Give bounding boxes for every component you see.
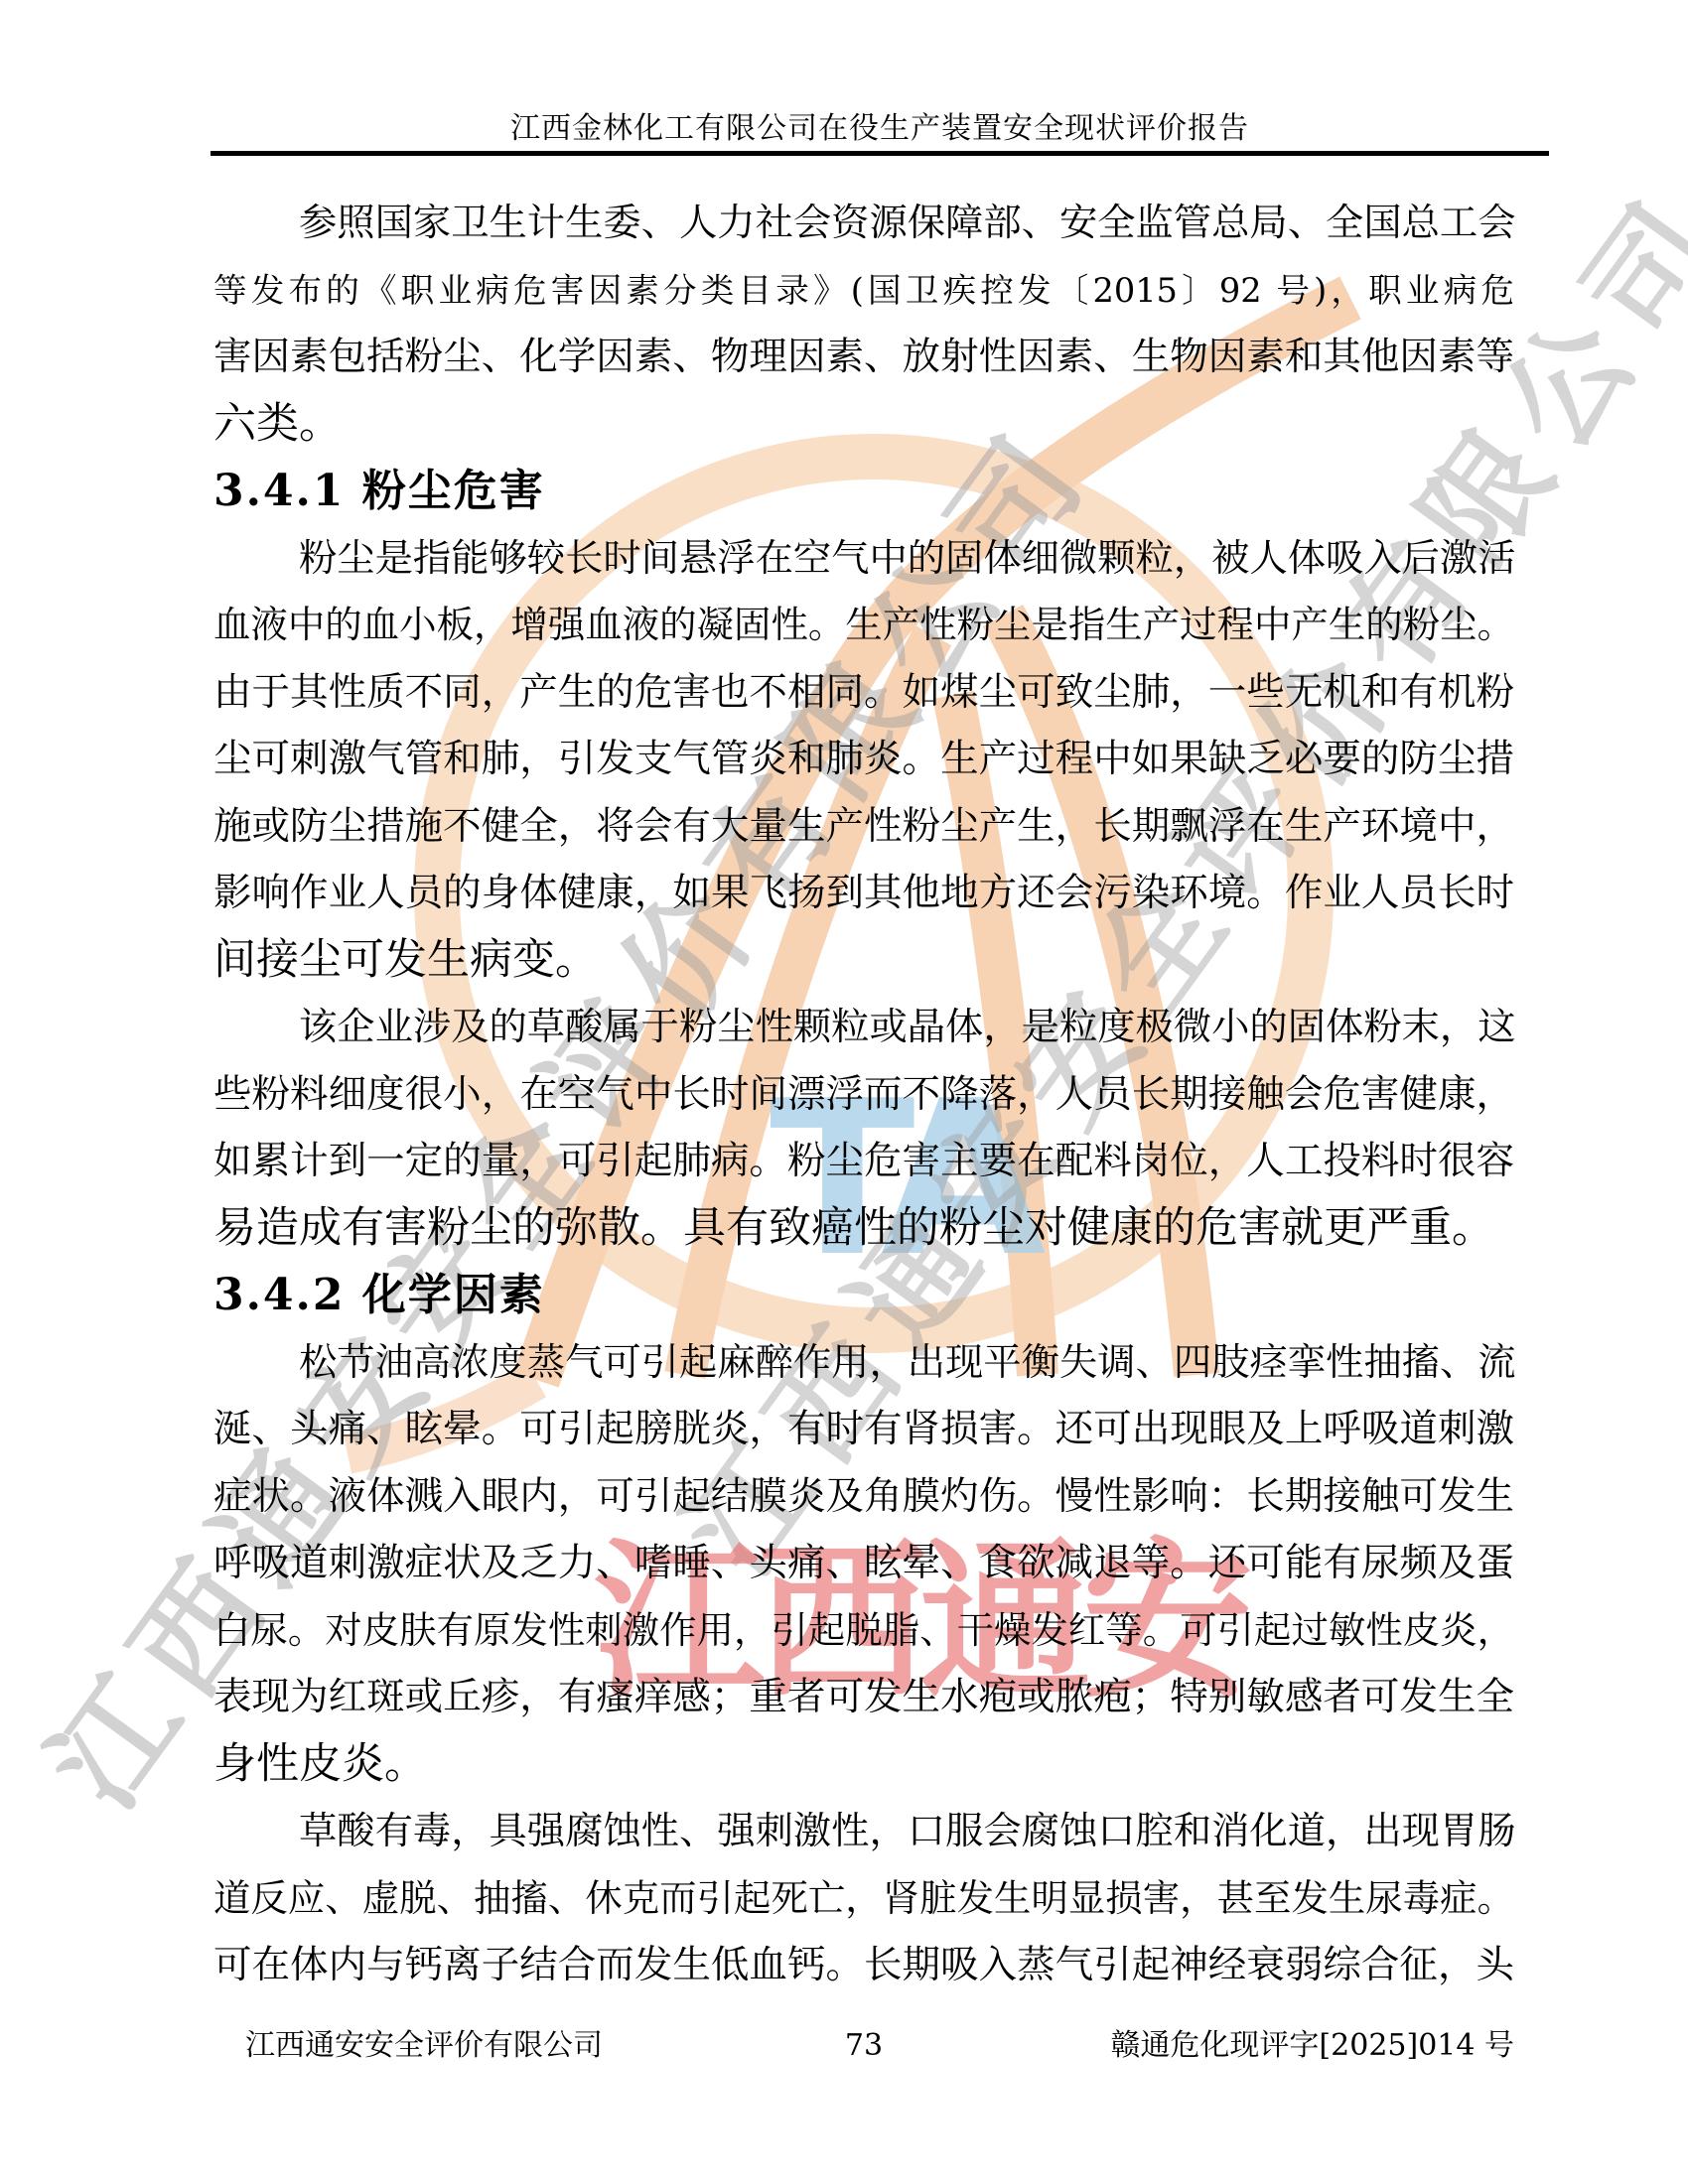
body-line: 等发布的《职业病危害因素分类目录》(国卫疾控发〔2015〕92 号)，职业病危 (213, 257, 1514, 325)
body-line: 涎、头痛、眩晕。可引起膀胱炎，有时有肾损害。还可出现眼及上呼吸道刺激 (213, 1396, 1514, 1463)
body-line: 可在体内与钙离子结合而发生低血钙。长期吸入蒸气引起神经衰弱综合征，头 (213, 1932, 1514, 1999)
body-lines: 参照国家卫生计生委、人力社会资源保障部、安全监管总局、全国总工会等发布的《职业病… (213, 190, 1514, 1999)
body-line: 草酸有毒，具强腐蚀性、强刺激性，口服会腐蚀口腔和消化道，出现胃肠 (213, 1798, 1514, 1865)
body-line: 六类。 (213, 391, 1514, 459)
body-line: 白尿。对皮肤有原发性刺激作用，引起脱脂、干燥发红等。可引起过敏性皮炎， (213, 1597, 1514, 1665)
body-line: 身性皮炎。 (213, 1731, 1514, 1799)
body-line: 松节油高浓度蒸气可引起麻醉作用，出现平衡失调、四肢痉挛性抽搐、流 (213, 1329, 1514, 1397)
body-line: 道反应、虚脱、抽搐、休克而引起死亡，肾脏发生明显损害，甚至发生尿毒症。 (213, 1865, 1514, 1933)
body-line: 症状。液体溅入眼内，可引起结膜炎及角膜灼伤。慢性影响：长期接触可发生 (213, 1463, 1514, 1531)
body-line: 参照国家卫生计生委、人力社会资源保障部、安全监管总局、全国总工会 (213, 190, 1514, 257)
header-rule (211, 151, 1549, 156)
section-heading: 3.4.1 粉尘危害 (213, 458, 1514, 525)
report-page: TA 江西通安安全评价有限公司 江西通安安全评价有限公司 江西通安 江西金林化工… (0, 0, 1688, 2184)
body-line: 影响作业人员的身体健康，如果飞扬到其他地方还会污染环境。作业人员长时 (213, 860, 1514, 927)
body-line: 施或防尘措施不健全，将会有大量生产性粉尘产生，长期飘浮在生产环境中， (213, 793, 1514, 861)
body-line: 血液中的血小板，增强血液的凝固性。生产性粉尘是指生产过程中产生的粉尘。 (213, 592, 1514, 659)
body-line: 该企业涉及的草酸属于粉尘性颗粒或晶体，是粒度极微小的固体粉末，这 (213, 994, 1514, 1061)
section-heading: 3.4.2 化学因素 (213, 1262, 1514, 1329)
body-line: 害因素包括粉尘、化学因素、物理因素、放射性因素、生物因素和其他因素等 (213, 324, 1514, 391)
body-line: 粉尘是指能够较长时间悬浮在空气中的固体细微颗粒，被人体吸入后激活 (213, 525, 1514, 593)
page-header-title: 江西金林化工有限公司在役生产装置安全现状评价报告 (211, 107, 1549, 151)
page-footer: 江西通安安全评价有限公司 73 赣通危化现评字[2025]014 号 (213, 2025, 1514, 2067)
body-line: 呼吸道刺激症状及乏力、嗜睡、头痛、眩晕、食欲减退等。还可能有尿频及蛋 (213, 1530, 1514, 1597)
document-content: 江西金林化工有限公司在役生产装置安全现状评价报告 参照国家卫生计生委、人力社会资… (0, 0, 1688, 2184)
footer-doc-number: 赣通危化现评字[2025]014 号 (1110, 2025, 1514, 2067)
body-line: 表现为红斑或丘疹，有瘙痒感；重者可发生水疱或脓疱；特别敏感者可发生全 (213, 1664, 1514, 1731)
body-line: 些粉料细度很小，在空气中长时间漂浮而不降落，人员长期接触会危害健康， (213, 1061, 1514, 1129)
body-line: 易造成有害粉尘的弥散。具有致癌性的粉尘对健康的危害就更严重。 (213, 1195, 1514, 1263)
body-line: 间接尘可发生病变。 (213, 927, 1514, 995)
body-line: 由于其性质不同，产生的危害也不相同。如煤尘可致尘肺，一些无机和有机粉 (213, 659, 1514, 727)
body-line: 尘可刺激气管和肺，引发支气管炎和肺炎。生产过程中如果缺乏必要的防尘措 (213, 726, 1514, 793)
body-line: 如累计到一定的量，可引起肺病。粉尘危害主要在配料岗位，人工投料时很容 (213, 1128, 1514, 1195)
